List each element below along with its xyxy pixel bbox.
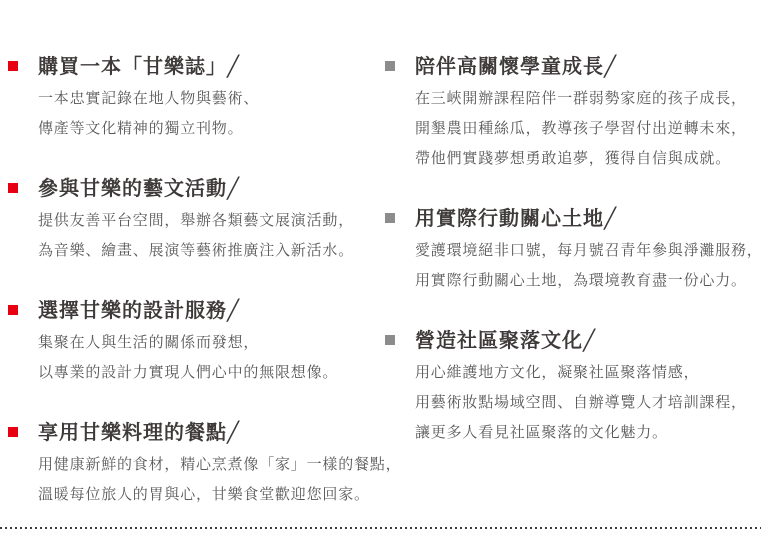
- section-item-care-for-land: 用實際行動關心土地╱ 愛護環境絕非口號，每月號召青年參與淨灘服務， 用實際行動關…: [385, 205, 761, 295]
- section-description: 愛護環境絕非口號，每月號召青年參與淨灘服務， 用實際行動關心土地，為環境教育盡一…: [415, 235, 761, 295]
- section-header: 陪伴高關懷學童成長╱: [385, 53, 761, 79]
- section-description: 用健康新鮮的食材，精心烹煮像「家」一樣的餐點， 溫暖每位旅人的胃與心，甘樂食堂歡…: [38, 449, 376, 509]
- square-bullet-icon: [8, 427, 18, 437]
- section-title: 營造社區聚落文化╱: [415, 327, 596, 353]
- section-header: 享用甘樂料理的餐點╱: [8, 419, 376, 445]
- description-line: 提供友善平台空間，舉辦各類藝文展演活動，: [38, 205, 376, 235]
- description-line: 帶他們實踐夢想勇敢追夢，獲得自信與成就。: [415, 143, 761, 173]
- section-title: 參與甘樂的藝文活動╱: [38, 175, 240, 201]
- section-title: 用實際行動關心土地╱: [415, 205, 617, 231]
- square-bullet-icon: [8, 183, 18, 193]
- description-line: 傳產等文化精神的獨立刊物。: [38, 113, 376, 143]
- description-line: 以專業的設計力實現人們心中的無限想像。: [38, 357, 376, 387]
- section-description: 一本忠實記錄在地人物與藝術、 傳產等文化精神的獨立刊物。: [38, 83, 376, 143]
- description-line: 用實際行動關心土地，為環境教育盡一份心力。: [415, 265, 761, 295]
- description-line: 用藝術妝點場域空間、自辦導覽人才培訓課程，: [415, 387, 761, 417]
- description-line: 為音樂、繪畫、展演等藝術推廣注入新活水。: [38, 235, 376, 265]
- column-right: 陪伴高關懷學童成長╱ 在三峽開辦課程陪伴一群弱勢家庭的孩子成長， 開墾農田種絲瓜…: [385, 53, 761, 479]
- square-bullet-icon: [385, 61, 395, 71]
- section-description: 用心維護地方文化，凝聚社區聚落情感， 用藝術妝點場域空間、自辦導覽人才培訓課程，…: [415, 357, 761, 447]
- square-bullet-icon: [385, 335, 395, 345]
- description-line: 用健康新鮮的食材，精心烹煮像「家」一樣的餐點，: [38, 449, 376, 479]
- section-header: 用實際行動關心土地╱: [385, 205, 761, 231]
- description-line: 溫暖每位旅人的胃與心，甘樂食堂歡迎您回家。: [38, 479, 376, 509]
- section-title: 享用甘樂料理的餐點╱: [38, 419, 240, 445]
- section-item-accompany-children: 陪伴高關懷學童成長╱ 在三峽開辦課程陪伴一群弱勢家庭的孩子成長， 開墾農田種絲瓜…: [385, 53, 761, 173]
- section-header: 選擇甘樂的設計服務╱: [8, 297, 376, 323]
- description-line: 集聚在人與生活的關係而發想，: [38, 327, 376, 357]
- square-bullet-icon: [385, 213, 395, 223]
- section-description: 在三峽開辦課程陪伴一群弱勢家庭的孩子成長， 開墾農田種絲瓜，教導孩子學習付出逆轉…: [415, 83, 761, 173]
- description-line: 讓更多人看見社區聚落的文化魅力。: [415, 417, 761, 447]
- description-line: 一本忠實記錄在地人物與藝術、: [38, 83, 376, 113]
- square-bullet-icon: [8, 61, 18, 71]
- description-line: 用心維護地方文化，凝聚社區聚落情感，: [415, 357, 761, 387]
- section-description: 集聚在人與生活的關係而發想， 以專業的設計力實現人們心中的無限想像。: [38, 327, 376, 387]
- section-header: 購買一本「甘樂誌」╱: [8, 53, 376, 79]
- section-title: 選擇甘樂的設計服務╱: [38, 297, 240, 323]
- column-left: 購買一本「甘樂誌」╱ 一本忠實記錄在地人物與藝術、 傳產等文化精神的獨立刊物。 …: [8, 53, 376, 541]
- section-header: 營造社區聚落文化╱: [385, 327, 761, 353]
- square-bullet-icon: [8, 305, 18, 315]
- section-item-restaurant-meals: 享用甘樂料理的餐點╱ 用健康新鮮的食材，精心烹煮像「家」一樣的餐點， 溫暖每位旅…: [8, 419, 376, 509]
- section-item-art-events: 參與甘樂的藝文活動╱ 提供友善平台空間，舉辦各類藝文展演活動， 為音樂、繪畫、展…: [8, 175, 376, 265]
- section-item-buy-magazine: 購買一本「甘樂誌」╱ 一本忠實記錄在地人物與藝術、 傳產等文化精神的獨立刊物。: [8, 53, 376, 143]
- section-item-community-culture: 營造社區聚落文化╱ 用心維護地方文化，凝聚社區聚落情感， 用藝術妝點場域空間、自…: [385, 327, 761, 447]
- description-line: 在三峽開辦課程陪伴一群弱勢家庭的孩子成長，: [415, 83, 761, 113]
- section-description: 提供友善平台空間，舉辦各類藝文展演活動， 為音樂、繪畫、展演等藝術推廣注入新活水…: [38, 205, 376, 265]
- section-title: 陪伴高關懷學童成長╱: [415, 53, 617, 79]
- dotted-divider: [0, 527, 761, 529]
- section-title: 購買一本「甘樂誌」╱: [38, 53, 240, 79]
- description-line: 開墾農田種絲瓜，教導孩子學習付出逆轉未來，: [415, 113, 761, 143]
- section-item-design-service: 選擇甘樂的設計服務╱ 集聚在人與生活的關係而發想， 以專業的設計力實現人們心中的…: [8, 297, 376, 387]
- section-header: 參與甘樂的藝文活動╱: [8, 175, 376, 201]
- description-line: 愛護環境絕非口號，每月號召青年參與淨灘服務，: [415, 235, 761, 265]
